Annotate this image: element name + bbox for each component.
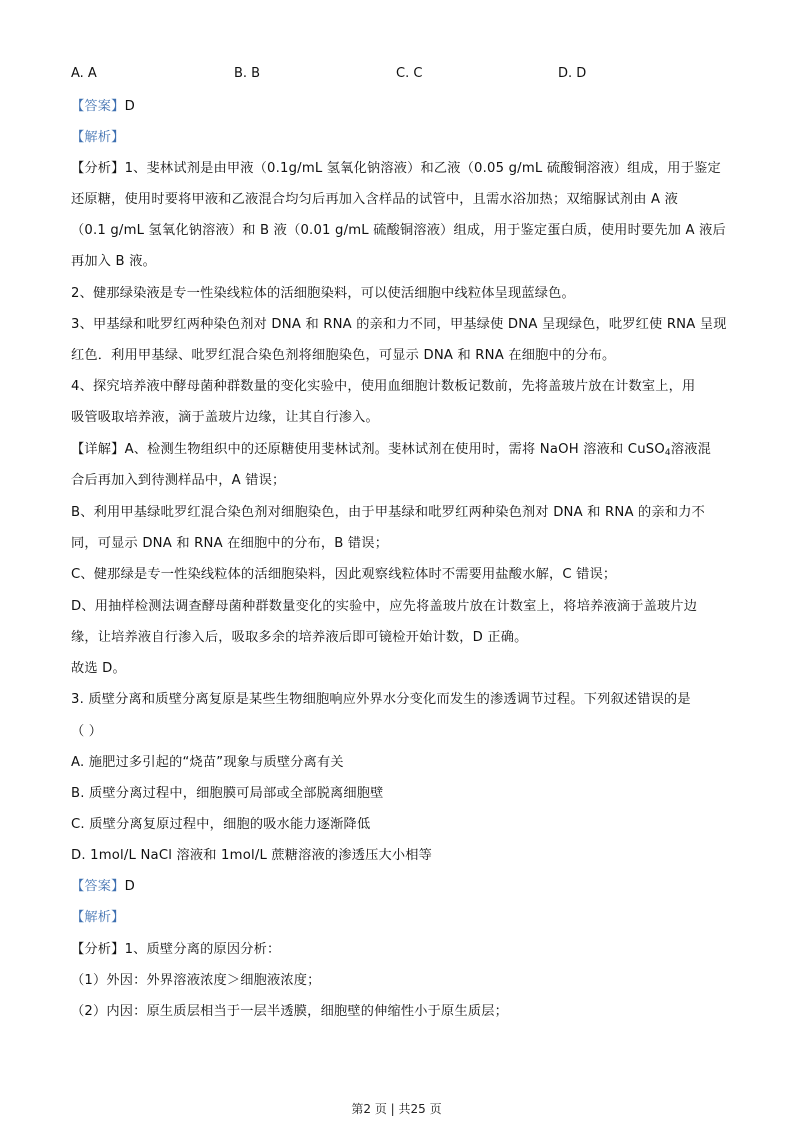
- question3-stem: 3. 质壁分离和质壁分离复原是某些生物细胞响应外界水分变化而发生的渗透调节过程。…: [71, 691, 691, 709]
- question3-option-a: A. 施肥过多引起的“烧苗”现象与质壁分离有关: [71, 754, 344, 772]
- question3-analysis-line: （2）内因：原生质层相当于一层半透膜，细胞壁的伸缩性小于原生质层；: [71, 1003, 508, 1021]
- detail-head: 【详解】: [71, 442, 125, 457]
- prev-question-options: A. A B. B C. C D. D: [71, 66, 751, 84]
- detail-line: B、利用甲基绿吡罗红混合染色剂对细胞染色，由于甲基绿和吡罗红两种染色剂对 DNA…: [71, 504, 705, 522]
- analysis-line: 再加入 B 液。: [71, 253, 156, 271]
- answer-value: D: [125, 879, 135, 894]
- analysis-line: 吸管吸取培养液，滴于盖玻片边缘，让其自行渗入。: [71, 409, 379, 427]
- question3-analysis-line: （1）外因：外界溶液浓度＞细胞液浓度；: [71, 972, 321, 990]
- analysis-line: 2、健那绿染液是专一性染线粒体的活细胞染料，可以使活细胞中线粒体呈现蓝绿色。: [71, 285, 575, 303]
- option-c: C. C: [396, 66, 422, 81]
- answer-value: D: [125, 99, 135, 114]
- analysis-head: 【分析】: [71, 161, 125, 176]
- analysis-line: 还原糖，使用时要将甲液和乙液混合均匀后再加入含样品的试管中，且需水浴加热；双缩脲…: [71, 191, 678, 209]
- analysis-line: 4、探究培养液中酵母菌种群数量的变化实验中，使用血细胞计数板记数前，先将盖玻片放…: [71, 378, 695, 396]
- conclusion-line: 故选 D。: [71, 660, 126, 678]
- page-footer: 第2 页 | 共25 页: [0, 1100, 793, 1117]
- option-a: A. A: [71, 66, 97, 81]
- analysis-line: 【分析】1、斐林试剂是由甲液（0.1g/mL 氢氧化钠溶液）和乙液（0.05 g…: [71, 160, 721, 178]
- analysis-line: （0.1 g/mL 氢氧化钠溶液）和 B 液（0.01 g/mL 硫酸铜溶液）组…: [71, 222, 726, 240]
- detail-line: D、用抽样检测法调查酵母菌种群数量变化的实验中，应先将盖玻片放在计数室上，将培养…: [71, 598, 697, 616]
- question3-analysis-line: 【分析】1、质壁分离的原因分析：: [71, 941, 280, 959]
- question3-analysis-label: 【解析】: [71, 909, 125, 927]
- option-b: B. B: [234, 66, 260, 81]
- option-d: D. D: [558, 66, 586, 81]
- question3-option-c: C. 质壁分离复原过程中，细胞的吸水能力逐渐降低: [71, 816, 370, 834]
- analysis-line: 红色．利用甲基绿、吡罗红混合染色剂将细胞染色，可显示 DNA 和 RNA 在细胞…: [71, 347, 615, 365]
- question3-option-b: B. 质壁分离过程中，细胞膜可局部或全部脱离细胞壁: [71, 785, 384, 803]
- analysis-head: 【分析】: [71, 942, 125, 957]
- answer-label: 【答案】: [71, 879, 125, 894]
- analysis-line: 3、甲基绿和吡罗红两种染色剂对 DNA 和 RNA 的亲和力不同，甲基绿使 DN…: [71, 316, 727, 334]
- analysis-label: 【解析】: [71, 129, 125, 147]
- question3-option-d: D. 1mol/L NaCl 溶液和 1mol/L 蔗糖溶液的渗透压大小相等: [71, 847, 432, 865]
- answer-label: 【答案】: [71, 99, 125, 114]
- detail-line: 缘，让培养液自行渗入后，吸取多余的培养液后即可镜检开始计数，D 正确。: [71, 629, 528, 647]
- document-page: A. A B. B C. C D. D 【答案】D 【解析】 【分析】1、斐林试…: [0, 0, 793, 1122]
- answer-line: 【答案】D: [71, 98, 135, 116]
- question3-blank: （ ）: [71, 723, 102, 741]
- detail-line: 同，可显示 DNA 和 RNA 在细胞中的分布，B 错误；: [71, 535, 388, 553]
- question3-answer-line: 【答案】D: [71, 878, 135, 896]
- detail-line: C、健那绿是专一性染线粒体的活细胞染料，因此观察线粒体时不需要用盐酸水解，C 错…: [71, 566, 616, 584]
- detail-line: 【详解】A、检测生物组织中的还原糖使用斐林试剂。斐林试剂在使用时，需将 NaOH…: [71, 441, 711, 462]
- detail-line: 合后再加入到待测样品中，A 错误；: [71, 472, 285, 490]
